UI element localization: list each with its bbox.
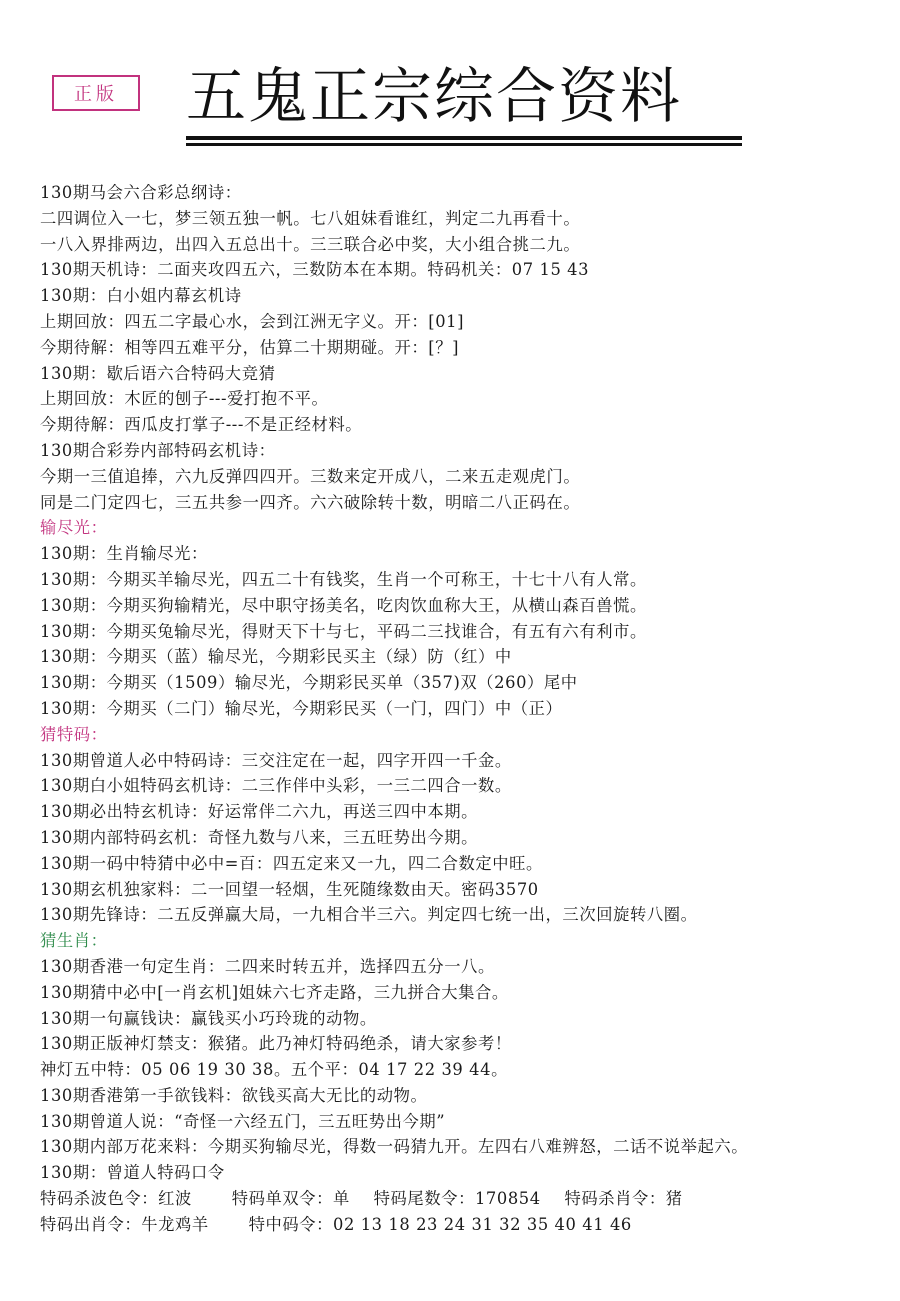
text-line: 130期：歇后语六合特码大竞猜: [40, 361, 890, 387]
title-underline-thick: [186, 136, 742, 140]
command-out-zodiac: 特码出肖令：牛龙鸡羊: [40, 1215, 209, 1234]
text-line: 神灯五中特：05 06 19 30 38。五个平：04 17 22 39 44。: [40, 1057, 890, 1083]
text-line: 130期一句赢钱诀：赢钱买小巧玲珑的动物。: [40, 1006, 890, 1032]
text-line: 上期回放：四五二字最心水，会到江洲无字义。开：[01]: [40, 309, 890, 335]
command-odd-even: 特码单双令：单: [232, 1189, 350, 1208]
text-line: 130期：今期买（1509）输尽光，今期彩民买单（357)双（260）尾中: [40, 670, 890, 696]
title-underline-thin: [186, 143, 742, 146]
text-line: 130期一码中特猜中必中=百：四五定来又一九，四二合数定中旺。: [40, 851, 890, 877]
text-line: 二四调位入一七，梦三领五独一帆。七八姐妹看谁红，判定二九再看十。: [40, 206, 890, 232]
text-line: 130期正版神灯禁支：猴猪。此乃神灯特码绝杀，请大家参考！: [40, 1031, 890, 1057]
command-special-numbers: 特中码令：02 13 18 23 24 31 32 35 40 41 46: [249, 1215, 632, 1234]
text-line: 130期：今期买羊输尽光，四五二十有钱奖，生肖一个可称王，十七十八有人常。: [40, 567, 890, 593]
command-row-2: 特码出肖令：牛龙鸡羊 特中码令：02 13 18 23 24 31 32 35 …: [40, 1212, 890, 1238]
text-line: 130期：曾道人特码口令: [40, 1160, 890, 1186]
text-line: 130期合彩券内部特码玄机诗：: [40, 438, 890, 464]
text-line: 130期：白小姐内幕玄机诗: [40, 283, 890, 309]
command-kill-zodiac: 特码杀肖令：猪: [565, 1189, 683, 1208]
text-line: 130期香港一句定生肖：二四来时转五并，选择四五分一八。: [40, 954, 890, 980]
text-line: 同是二门定四七，三五共参一四齐。六六破除转十数，明暗二八正码在。: [40, 490, 890, 516]
section-heading-lose: 输尽光：: [40, 515, 890, 541]
text-line: 今期待解：西瓜皮打掌子---不是正经材料。: [40, 412, 890, 438]
command-kill-wave-color: 特码杀波色令：红波: [40, 1189, 192, 1208]
text-line: 130期曾道人说：“奇怪一六经五门，三五旺势出今期”: [40, 1109, 890, 1135]
command-row-1: 特码杀波色令：红波 特码单双令：单 特码尾数令：170854 特码杀肖令：猪: [40, 1186, 890, 1212]
document-body: 130期马会六合彩总纲诗： 二四调位入一七，梦三领五独一帆。七八姐妹看谁红，判定…: [40, 180, 890, 1238]
text-line: 一八入界排两边，出四入五总出十。三三联合必中奖，大小组合挑二九。: [40, 232, 890, 258]
text-line: 130期先锋诗：二五反弹赢大局，一九相合半三六。判定四七统一出，三次回旋转八圈。: [40, 902, 890, 928]
genuine-badge: 正版: [52, 75, 140, 111]
text-line: 130期：生肖输尽光：: [40, 541, 890, 567]
text-line: 130期香港第一手欲钱料：欲钱买高大无比的动物。: [40, 1083, 890, 1109]
text-line: 130期必出特玄机诗：好运常伴二六九，再送三四中本期。: [40, 799, 890, 825]
page-title: 五鬼正宗综合资料: [186, 62, 742, 132]
text-line: 130期：今期买兔输尽光，得财天下十与七，平码二三找谁合，有五有六有利市。: [40, 619, 890, 645]
text-line: 130期天机诗：二面夹攻四五六，三数防本在本期。特码机关：07 15 43: [40, 257, 890, 283]
section-heading-guess-zodiac: 猜生肖：: [40, 928, 890, 954]
text-line: 130期猜中必中[一肖玄机]姐妹六七齐走路，三九拼合大集合。: [40, 980, 890, 1006]
text-line: 130期内部万花来料：今期买狗输尽光，得数一码猜九开。左四右八难辨怒，二话不说举…: [40, 1134, 890, 1160]
text-line: 130期玄机独家料：二一回望一轻烟，生死随缘数由天。密码3570: [40, 877, 890, 903]
text-line: 今期一三值追捧，六九反弹四四开。三数来定开成八，二来五走观虎门。: [40, 464, 890, 490]
text-line: 130期内部特码玄机：奇怪九数与八来，三五旺势出今期。: [40, 825, 890, 851]
text-line: 上期回放：木匠的刨子---爱打抱不平。: [40, 386, 890, 412]
text-line: 130期：今期买（蓝）输尽光，今期彩民买主（绿）防（红）中: [40, 644, 890, 670]
command-tail-number: 特码尾数令：170854: [374, 1189, 541, 1208]
text-line: 130期：今期买狗输精光，尽中职守扬美名，吃肉饮血称大王，从横山森百兽慌。: [40, 593, 890, 619]
text-line: 今期待解：相等四五难平分，估算二十期期碰。开：[？]: [40, 335, 890, 361]
text-line: 130期马会六合彩总纲诗：: [40, 180, 890, 206]
text-line: 130期曾道人必中特码诗：三交注定在一起，四字开四一千金。: [40, 748, 890, 774]
text-line: 130期：今期买（二门）输尽光，今期彩民买（一门，四门）中（正）: [40, 696, 890, 722]
text-line: 130期白小姐特码玄机诗：二三作伴中头彩，一三二四合一数。: [40, 773, 890, 799]
section-heading-guess-code: 猜特码：: [40, 722, 890, 748]
